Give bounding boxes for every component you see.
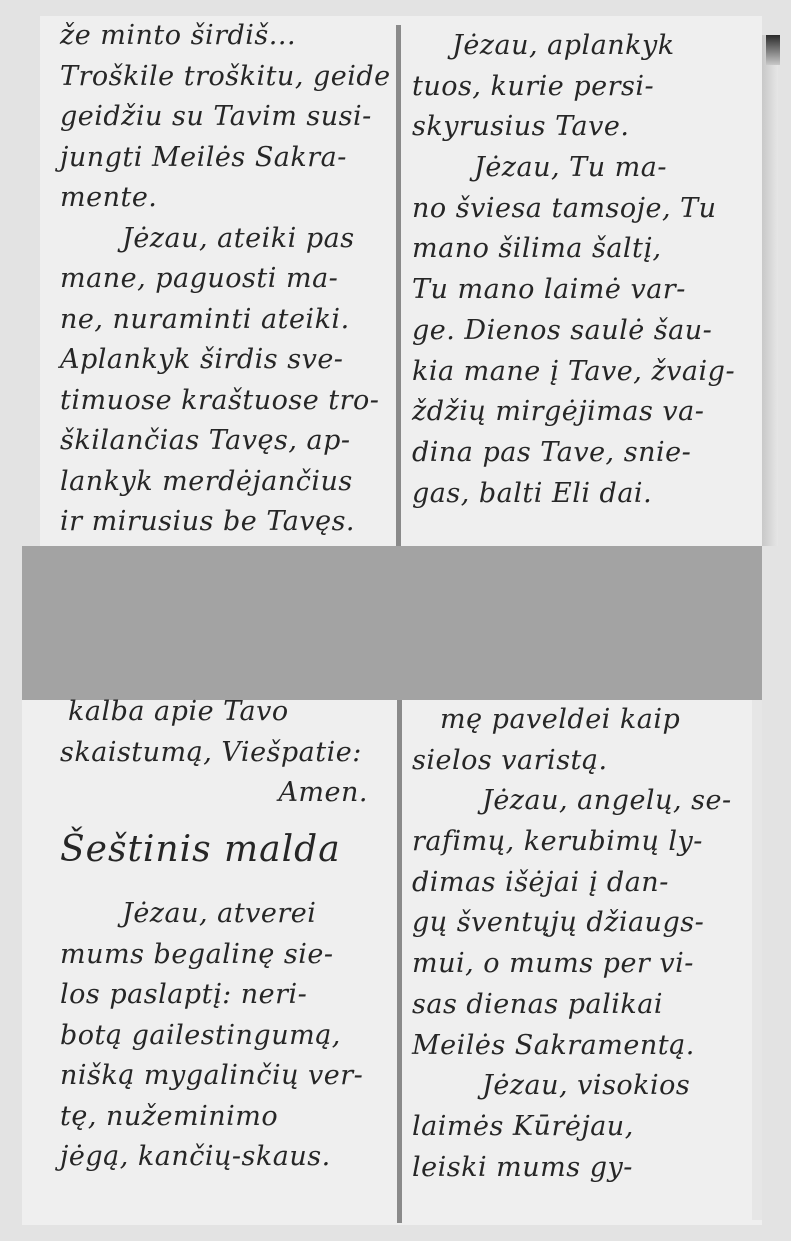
- text-line: tę, nužeminimo: [60, 1097, 390, 1138]
- text-line: Jėzau, visokios: [412, 1066, 752, 1107]
- text-line: dina pas Tave, snie-: [412, 433, 757, 474]
- text-line: Troškile troškitu, geide: [60, 57, 390, 98]
- text-line-amen: Amen.: [60, 773, 390, 814]
- text-line: mums begalinę sie-: [60, 935, 390, 976]
- page-edge-shadow: [762, 35, 778, 546]
- text-line: jėgą, kančių-skaus.: [60, 1137, 390, 1178]
- text-line: skyrusius Tave.: [412, 107, 757, 148]
- text-line: ždžių mirgėjimas va-: [412, 392, 757, 433]
- text-line: rafimų, kerubimų ly-: [412, 822, 752, 863]
- text-line: ir mirusius be Tavęs.: [60, 502, 390, 543]
- text-line: ge. Dienos saulė šau-: [412, 311, 757, 352]
- text-line: leiski mums gy-: [412, 1148, 752, 1189]
- column-divider-top: [396, 25, 401, 546]
- text-line: Jėzau, angelų, se-: [412, 781, 752, 822]
- text-line: škilančias Tavęs, ap-: [60, 421, 390, 462]
- text-line: Jėzau, aplankyk: [412, 26, 757, 67]
- text-line: mano šilima šaltį,: [412, 229, 757, 270]
- text-line: timuose kraštuose tro-: [60, 381, 390, 422]
- text-line: no šviesa tamsoje, Tu: [412, 189, 757, 230]
- text-line: Meilės Sakramentą.: [412, 1026, 752, 1067]
- text-line: nišką mygalinčių ver-: [60, 1056, 390, 1097]
- column-top-left: že minto širdiš... Troškile troškitu, ge…: [60, 16, 390, 543]
- text-line: Jėzau, Tu ma-: [412, 148, 757, 189]
- text-line: los paslaptį: neri-: [60, 975, 390, 1016]
- column-bottom-right: mę paveldei kaip sielos varistą. Jėzau, …: [412, 700, 752, 1188]
- text-line: mui, o mums per vi-: [412, 944, 752, 985]
- text-line: kalba apie Tavo: [60, 692, 390, 733]
- text-line: mane, paguosti ma-: [60, 259, 390, 300]
- text-line: Tu mano laimė var-: [412, 270, 757, 311]
- text-line: gų šventųjų džiaugs-: [412, 903, 752, 944]
- text-line: laimės Kūrėjau,: [412, 1107, 752, 1148]
- text-line: lankyk merdėjančius: [60, 462, 390, 503]
- text-line: kia mane į Tave, žvaig-: [412, 352, 757, 393]
- text-line: Jėzau, atverei: [60, 894, 390, 935]
- page-corner-shadow: [766, 35, 780, 65]
- text-line: tuos, kurie persi-: [412, 67, 757, 108]
- text-line: Aplankyk širdis sve-: [60, 340, 390, 381]
- text-line: mę paveldei kaip: [412, 700, 752, 741]
- page-edge-bottom: [752, 700, 762, 1220]
- text-line: sielos varistą.: [412, 741, 752, 782]
- column-top-right: Jėzau, aplankyk tuos, kurie persi- skyru…: [412, 26, 757, 514]
- text-line: skaistumą, Viešpatie:: [60, 733, 390, 774]
- text-line: gas, balti Eli dai.: [412, 474, 757, 515]
- redaction-gray-band: [22, 546, 762, 700]
- text-line: dimas išėjai į dan-: [412, 863, 752, 904]
- column-divider-bottom: [397, 700, 402, 1223]
- text-line: že minto širdiš...: [60, 16, 390, 57]
- column-bottom-left: kalba apie Tavo skaistumą, Viešpatie: Am…: [60, 692, 390, 1178]
- text-line: botą gailestingumą,: [60, 1016, 390, 1057]
- text-line: ne, nuraminti ateiki.: [60, 300, 390, 341]
- text-line: geidžiu su Tavim susi-: [60, 97, 390, 138]
- text-line: sas dienas palikai: [412, 985, 752, 1026]
- text-line: mente.: [60, 178, 390, 219]
- section-heading: Šeštinis malda: [60, 830, 390, 871]
- text-line: jungti Meilės Sakra-: [60, 138, 390, 179]
- text-line: Jėzau, ateiki pas: [60, 219, 390, 260]
